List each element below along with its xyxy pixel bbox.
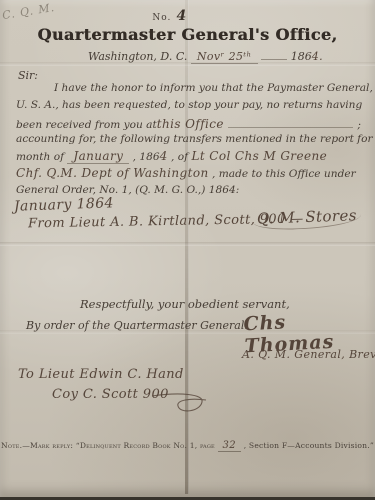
fill-in-handwritten: Lt Col Chs M Greene	[191, 149, 327, 163]
body-line: month of January , 1864 , of Lt Col Chs …	[16, 148, 361, 165]
body-text: , 186	[133, 151, 160, 163]
body-text: , of	[171, 151, 188, 163]
footnote: Note.—Mark reply: “Delinquent Record Boo…	[0, 440, 375, 451]
signature-title-handwritten: A. Q. M. General, Brevt Brig Genl	[242, 348, 375, 361]
pen-flourish	[150, 390, 210, 416]
document-photo: C. Q. M. No. 4 Quartermaster General's O…	[0, 0, 375, 500]
footnote-text: Note.—Mark reply: “Delinquent Record Boo…	[1, 441, 215, 450]
fill-in-handwritten: January	[67, 149, 129, 164]
body-line: Chf. Q.M. Dept of Washington , made to t…	[16, 165, 361, 182]
office-title: Quartermaster General's Office,	[0, 25, 375, 44]
body-line: been received from you at this Office ;	[16, 114, 361, 131]
fill-in-handwritten: 4	[160, 149, 168, 163]
number-label: No.	[152, 13, 171, 23]
date-blank-rule	[261, 59, 287, 60]
document-number-line: No. 4	[0, 5, 339, 24]
number-value-handwritten: 4	[176, 8, 186, 24]
dateline: Washington, D. C. Novʳ 25ᵗʰ 1864.	[88, 50, 323, 63]
footnote-text: , Section F—Accounts Division.”	[244, 441, 374, 450]
fill-in-handwritten: Chf. Q.M. Dept of Washington	[16, 166, 209, 180]
footnote-page-handwritten: 32	[218, 440, 242, 452]
body-line: U. S. A., has been requested, to stop yo…	[16, 97, 361, 114]
year-printed: 186	[291, 50, 312, 63]
body-line: I have the honor to inform you that the …	[16, 80, 361, 97]
entry-month-handwritten: January 1864	[14, 195, 114, 214]
body-line: accounting for, the following transfers …	[16, 131, 361, 148]
date-handwritten: Novʳ 25ᵗʰ	[191, 50, 258, 64]
horizontal-crease	[0, 242, 375, 246]
closing-by-order: By order of the Quartermaster General:	[26, 319, 248, 332]
body-text: month of	[16, 151, 64, 163]
blank-rule	[228, 114, 354, 128]
body-paragraph: I have the honor to inform you that the …	[16, 80, 361, 199]
letter-paper: C. Q. M. No. 4 Quartermaster General's O…	[0, 0, 375, 497]
place-printed: Washington, D. C.	[88, 50, 187, 63]
year-handwritten: 4.	[312, 50, 323, 63]
entry-stores-note: Q. M. Stores	[253, 206, 362, 231]
closing-respectfully: Respectfully, your obedient servant,	[80, 297, 290, 311]
vertical-fold-crease	[185, 0, 189, 494]
addressee-line1: To Lieut Edwin C. Hand	[18, 367, 184, 382]
body-text: , made to this Office under	[212, 168, 356, 180]
